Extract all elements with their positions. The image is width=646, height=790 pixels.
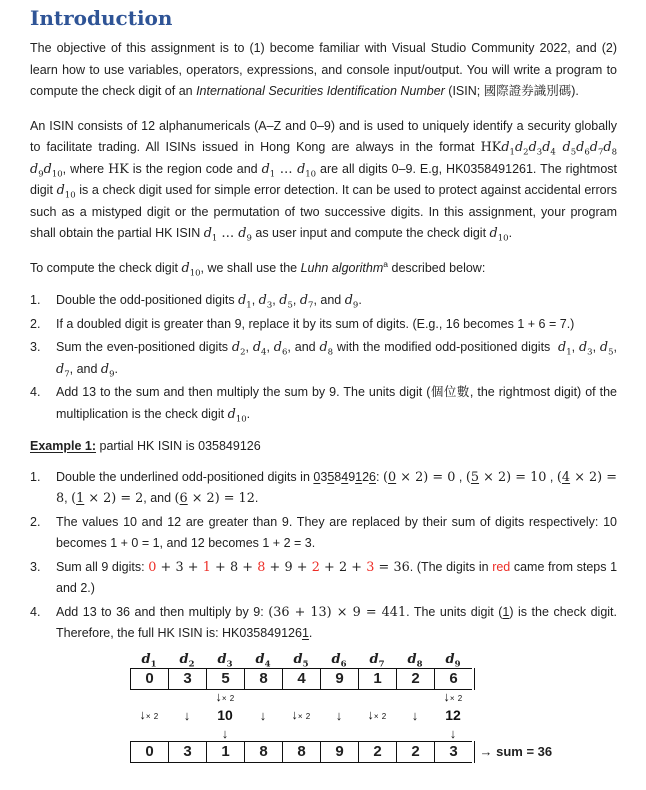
digit-label-d5: d5 xyxy=(282,651,320,668)
list-item-text: Double the odd-positioned digits d1, d3,… xyxy=(56,290,617,312)
diagram-arrow-row-middle: ↓× 2 ↓ 10 ↓ ↓× 2 ↓ ↓× 2 ↓ 12 xyxy=(130,705,617,726)
input-digit-cell: 9 xyxy=(320,668,358,690)
paragraph-objective: The objective of this assignment is to (… xyxy=(30,38,617,103)
input-digit-cell: 6 xyxy=(434,668,472,690)
output-digit-cell: 2 xyxy=(396,741,434,763)
digit-label-d9: d9 xyxy=(434,651,472,668)
down-arrow-icon: ↓ xyxy=(396,705,434,726)
input-digit-cell: 0 xyxy=(130,668,168,690)
down-arrow-icon: ↓ xyxy=(320,705,358,726)
list-number: 4. xyxy=(30,382,56,425)
example-steps-list: 1. Double the underlined odd-positioned … xyxy=(30,467,617,645)
diagram-output-row: 0 3 1 8 8 9 2 2 3 xyxy=(130,741,475,763)
input-digit-cell: 4 xyxy=(282,668,320,690)
example-heading: Example 1: partial HK ISIN is 035849126 xyxy=(30,436,617,458)
input-digit-cell: 5 xyxy=(206,668,244,690)
algorithm-step-2: 2. If a doubled digit is greater than 9,… xyxy=(30,314,617,336)
sum-result-label: → sum = 36 xyxy=(480,744,553,759)
example-step-2: 2. The values 10 and 12 are greater than… xyxy=(30,512,617,555)
list-number: 2. xyxy=(30,314,56,336)
input-digit-cell: 8 xyxy=(244,668,282,690)
output-digit-cell: 1 xyxy=(206,741,244,763)
list-item-text: Add 13 to 36 and then multiply by 9: (36… xyxy=(56,602,617,645)
list-item-text: Add 13 to the sum and then multiply the … xyxy=(56,382,617,425)
paragraph-luhn-intro: To compute the check digit d10, we shall… xyxy=(30,258,617,280)
list-item-text: Sum all 9 digits: 0 + 3 + 1 + 8 + 8 + 9 … xyxy=(56,557,617,600)
digit-label-d3: d3 xyxy=(206,651,244,668)
algorithm-step-1: 1. Double the odd-positioned digits d1, … xyxy=(30,290,617,312)
example-step-3: 3. Sum all 9 digits: 0 + 3 + 1 + 8 + 8 +… xyxy=(30,557,617,600)
list-number: 1. xyxy=(30,290,56,312)
input-digit-cell: 3 xyxy=(168,668,206,690)
algorithm-step-3: 3. Sum the even-positioned digits d2, d4… xyxy=(30,337,617,380)
example-step-1: 1. Double the underlined odd-positioned … xyxy=(30,467,617,510)
digit-label-d7: d7 xyxy=(358,651,396,668)
output-digit-cell: 2 xyxy=(358,741,396,763)
diagram-output-wrap: 0 3 1 8 8 9 2 2 3 → sum = 36 xyxy=(130,741,617,763)
paragraph-isin-description: An ISIN consists of 12 alphanumericals (… xyxy=(30,116,617,245)
down-arrow-icon: ↓ xyxy=(244,705,282,726)
algorithm-steps-list: 1. Double the odd-positioned digits d1, … xyxy=(30,290,617,425)
output-digit-cell: 0 xyxy=(130,741,168,763)
list-number: 1. xyxy=(30,467,56,510)
list-item-text: If a doubled digit is greater than 9, re… xyxy=(56,314,617,336)
intermediate-value: 10 xyxy=(206,705,244,726)
output-digit-cell: 9 xyxy=(320,741,358,763)
digit-label-d1: d1 xyxy=(130,651,168,668)
list-item-text: Sum the even-positioned digits d2, d4, d… xyxy=(56,337,617,380)
digit-label-d8: d8 xyxy=(396,651,434,668)
output-digit-cell: 3 xyxy=(168,741,206,763)
digit-label-d2: d2 xyxy=(168,651,206,668)
diagram-header-row: d1 d2 d3 d4 d5 d6 d7 d8 d9 xyxy=(130,651,617,668)
input-digit-cell: 2 xyxy=(396,668,434,690)
diagram-arrow-row-top: ↓× 2 ↓× 2 xyxy=(130,690,617,705)
double-arrow-icon: ↓× 2 xyxy=(130,704,168,727)
list-item-text: The values 10 and 12 are greater than 9.… xyxy=(56,512,617,555)
output-digit-cell: 8 xyxy=(244,741,282,763)
diagram-arrow-row-bottom: ↓ ↓ xyxy=(130,726,617,741)
section-title: Introduction xyxy=(30,6,617,30)
digit-label-d4: d4 xyxy=(244,651,282,668)
down-arrow-icon: ↓ xyxy=(434,726,472,741)
luhn-diagram: d1 d2 d3 d4 d5 d6 d7 d8 d9 0 3 5 8 4 9 1… xyxy=(130,651,617,763)
list-number: 3. xyxy=(30,337,56,380)
algorithm-step-4: 4. Add 13 to the sum and then multiply t… xyxy=(30,382,617,425)
double-arrow-icon: ↓× 2 xyxy=(206,689,244,706)
list-number: 2. xyxy=(30,512,56,555)
diagram-input-row: 0 3 5 8 4 9 1 2 6 xyxy=(130,668,475,690)
example-step-4: 4. Add 13 to 36 and then multiply by 9: … xyxy=(30,602,617,645)
down-arrow-icon: ↓ xyxy=(206,726,244,741)
digit-label-d6: d6 xyxy=(320,651,358,668)
double-arrow-icon: ↓× 2 xyxy=(358,704,396,727)
document-page: Introduction The objective of this assig… xyxy=(0,0,646,763)
list-number: 4. xyxy=(30,602,56,645)
input-digit-cell: 1 xyxy=(358,668,396,690)
down-arrow-icon: ↓ xyxy=(168,705,206,726)
intermediate-value: 12 xyxy=(434,705,472,726)
output-digit-cell: 8 xyxy=(282,741,320,763)
double-arrow-icon: ↓× 2 xyxy=(282,704,320,727)
output-digit-cell: 3 xyxy=(434,741,472,763)
list-item-text: Double the underlined odd-positioned dig… xyxy=(56,467,617,510)
list-number: 3. xyxy=(30,557,56,600)
double-arrow-icon: ↓× 2 xyxy=(434,689,472,706)
